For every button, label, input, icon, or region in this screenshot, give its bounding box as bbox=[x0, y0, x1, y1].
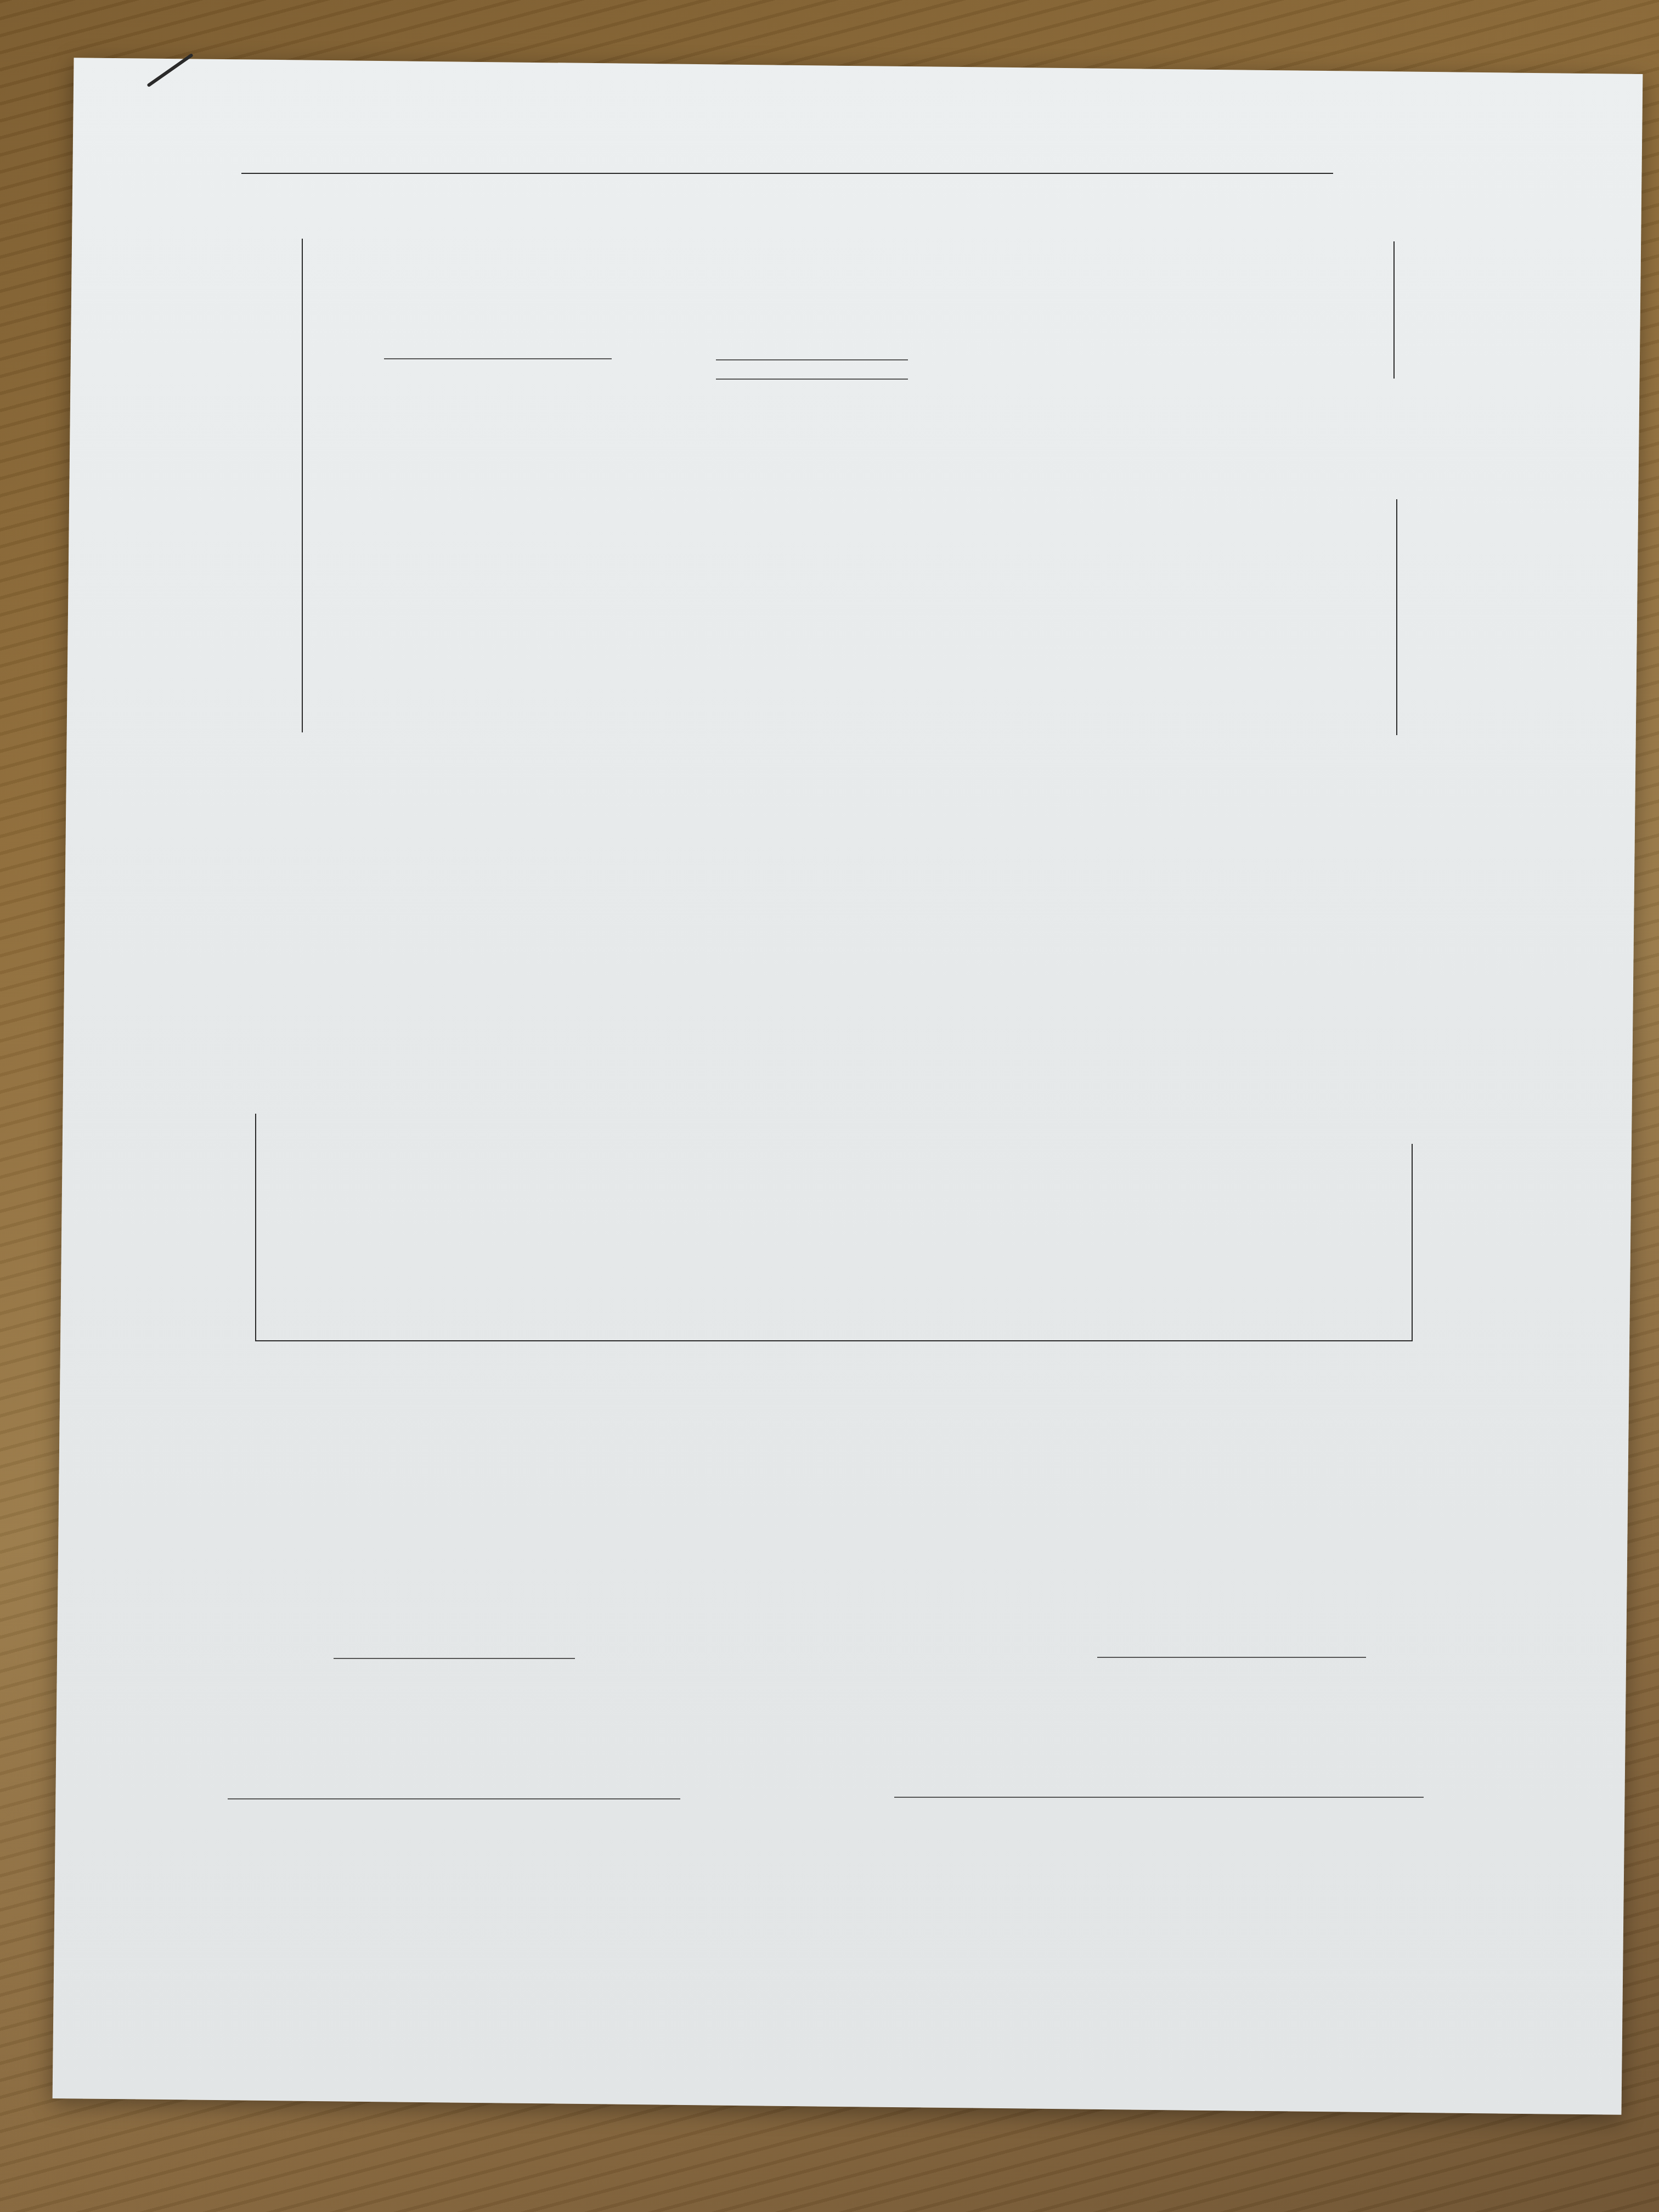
shipper-signature-line bbox=[228, 1798, 680, 1799]
form-border-right-top bbox=[1393, 241, 1395, 379]
door-underline bbox=[716, 379, 908, 380]
freight-box-left bbox=[255, 1114, 256, 1341]
bill-of-lading-page bbox=[53, 58, 1643, 2115]
date-underline bbox=[384, 358, 612, 359]
form-border-top bbox=[241, 173, 1333, 174]
freight-box-right bbox=[1412, 1144, 1413, 1341]
form-border-right-mid bbox=[1396, 499, 1397, 735]
carrier-signature-line bbox=[894, 1797, 1424, 1798]
carrier-sig-value-line bbox=[1097, 1657, 1366, 1658]
trailer-underline bbox=[716, 359, 908, 360]
shipper-sig-value-line bbox=[334, 1658, 575, 1659]
freight-box-bottom bbox=[255, 1340, 1413, 1341]
form-border-left bbox=[302, 239, 303, 732]
